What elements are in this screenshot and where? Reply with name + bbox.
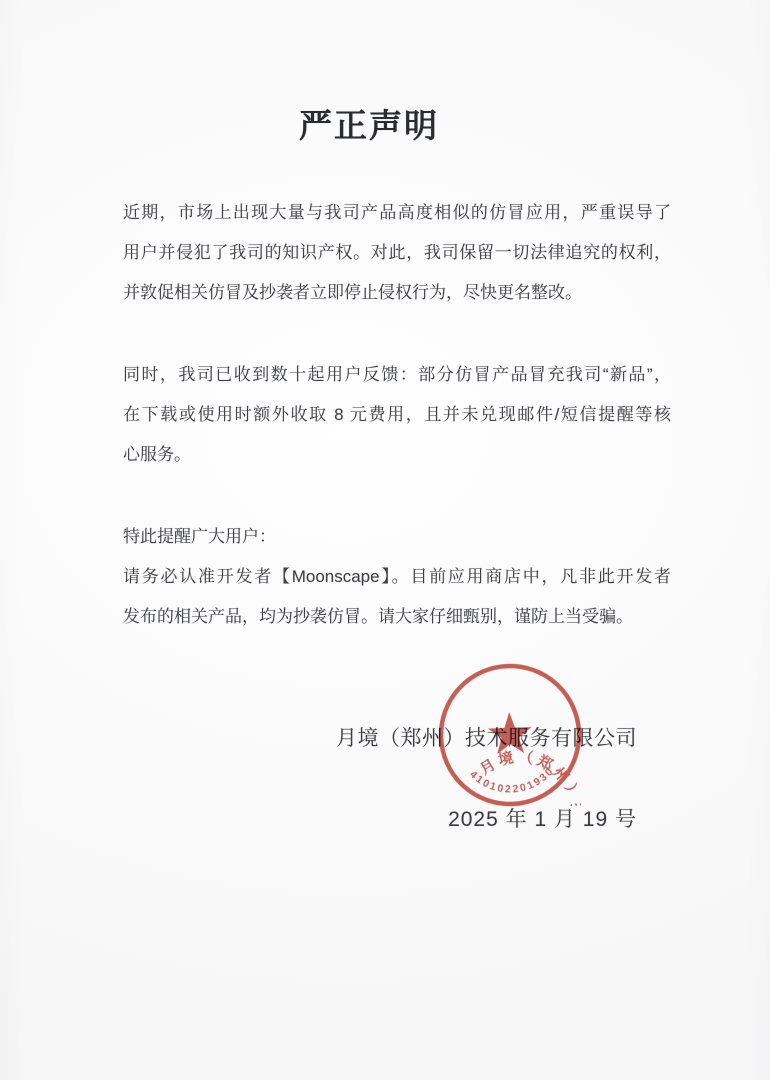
paragraph: 同时，我司已收到数十起用户反馈：部分仿冒产品冒充我司“新品”，在下载或使用时额外… (123, 355, 671, 475)
text-line: 在下载或使用时额外收取 8 元费用，且并未兑现邮件/短信提醒等核 (123, 395, 671, 435)
text-line: 近期，市场上出现大量与我司产品高度相似的仿冒应用，严重误导了 (123, 193, 671, 233)
text-line: 发布的相关产品，均为抄袭仿冒。请大家仔细甄别，谨防上当受骗。 (123, 597, 671, 637)
text-line: 用户并侵犯了我司的知识产权。对此，我司保留一切法律追究的权利， (123, 233, 671, 273)
company-seal: 月境（郑州）技术服务有限公司 4101022019301 (434, 659, 585, 810)
text-line: 请务必认准开发者【Moonscape】。目前应用商店中，凡非此开发者 (123, 557, 671, 597)
text-line: 同时，我司已收到数十起用户反馈：部分仿冒产品冒充我司“新品”， (123, 355, 671, 395)
document-title: 严正声明 (95, 100, 643, 147)
text-line: 特此提醒广大用户： (123, 517, 671, 557)
body-paragraphs: 近期，市场上出现大量与我司产品高度相似的仿冒应用，严重误导了用户并侵犯了我司的知… (123, 193, 671, 637)
paragraph: 特此提醒广大用户：请务必认准开发者【Moonscape】。目前应用商店中，凡非此… (123, 517, 671, 637)
text-line: 心服务。 (123, 435, 671, 475)
star-icon (487, 711, 532, 754)
paragraph: 近期，市场上出现大量与我司产品高度相似的仿冒应用，严重误导了用户并侵犯了我司的知… (123, 193, 671, 313)
text-line: 并敦促相关仿冒及抄袭者立即停止侵权行为，尽快更名整改。 (123, 273, 671, 313)
